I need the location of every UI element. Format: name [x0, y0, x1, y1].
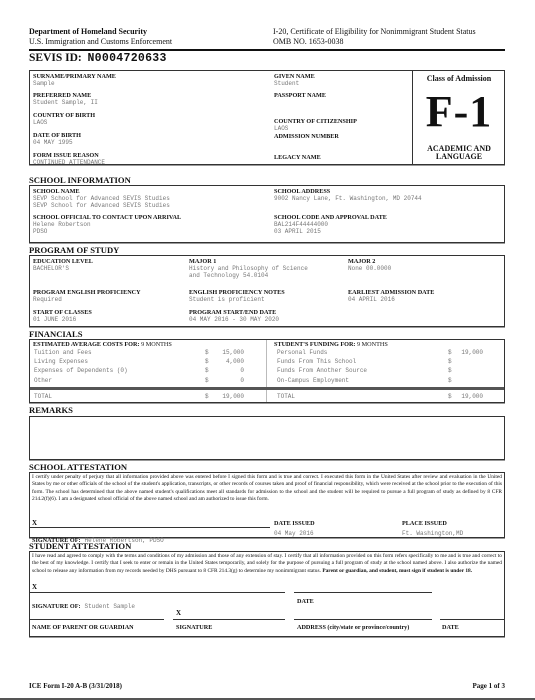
citizenship-value: LAOS — [274, 125, 357, 132]
funding-currency: $ — [448, 377, 458, 384]
legacy-name-label: LEGACY NAME — [274, 154, 321, 161]
student-signature-line — [30, 592, 285, 593]
earliest-admission-value: 04 APRIL 2016 — [348, 296, 434, 303]
student-date-label[interactable]: DATE — [297, 598, 314, 605]
form-id-footer: ICE Form I-20 A-B (3/31/2018) — [29, 682, 122, 690]
parent-date-line — [440, 619, 505, 620]
class-description-line2: LANGUAGE — [413, 153, 505, 161]
student-attestation-box: I have read and agreed to comply with th… — [29, 551, 505, 637]
major1-line1: History and Philosophy of Science — [189, 265, 308, 272]
cost-label: Living Expenses — [34, 358, 88, 365]
parent-signature-line — [173, 619, 285, 620]
costs-total-currency: $ — [205, 393, 215, 400]
parent-date-label[interactable]: DATE — [442, 624, 459, 631]
school-attestation-text: I certify under penalty of perjury that … — [32, 474, 502, 503]
citizenship-label: COUNTRY OF CITIZENSHIP — [274, 118, 357, 125]
earliest-admission-label: EARLIEST ADMISSION DATE — [348, 289, 434, 296]
student-signature-x: X — [32, 584, 37, 591]
school-attestation-heading: SCHOOL ATTESTATION — [29, 462, 127, 472]
english-notes-label: ENGLISH PROFICIENCY NOTES — [189, 289, 285, 296]
given-name-label: GIVEN NAME — [274, 73, 315, 80]
agency-name: Department of Homeland Security — [29, 27, 172, 37]
financials-heading: FINANCIALS — [29, 329, 82, 339]
program-of-study-heading: PROGRAM OF STUDY — [29, 245, 119, 255]
major1-label: MAJOR 1 — [189, 258, 308, 265]
student-attestation-heading: STUDENT ATTESTATION — [29, 541, 131, 551]
sevis-id-label: SEVIS ID: — [29, 52, 82, 64]
english-proficiency-value: Required — [33, 296, 141, 303]
school-official-title: PDSO — [33, 228, 181, 235]
surname-value: Sample — [33, 80, 116, 87]
education-level-value: BACHELOR'S — [33, 265, 93, 272]
student-attestation-bold-note: Parent or guardian, and student, must si… — [322, 568, 472, 574]
school-signature-line — [30, 527, 270, 528]
parent-address-line — [294, 619, 432, 620]
remarks-heading: REMARKS — [29, 405, 73, 415]
cost-currency: $ — [205, 377, 215, 384]
cost-label: Tuition and Fees — [34, 349, 92, 356]
class-of-admission-value: F-1 — [413, 89, 505, 135]
remarks-box — [29, 416, 505, 460]
parent-address-label[interactable]: ADDRESS (city/state or province/country) — [297, 624, 409, 631]
school-code-label: SCHOOL CODE AND APPROVAL DATE — [274, 214, 387, 221]
preferred-name-label: PREFERRED NAME — [33, 92, 98, 99]
cost-amount: 15,000 — [215, 349, 244, 356]
agency-header: Department of Homeland Security U.S. Imm… — [29, 27, 172, 47]
surname-label: SURNAME/PRIMARY NAME — [33, 73, 116, 80]
education-level-label: EDUCATION LEVEL — [33, 258, 93, 265]
birth-country-value: LAOS — [33, 119, 95, 126]
costs-heading: ESTIMATED AVERAGE COSTS FOR: 9 MONTHS — [33, 341, 172, 348]
school-address-value: 9002 Nancy Lane, Ft. Washington, MD 2074… — [274, 195, 422, 202]
program-dates-value: 04 MAY 2016 - 30 MAY 2020 — [189, 316, 279, 323]
student-signature-label: SIGNATURE OF: — [32, 603, 81, 610]
school-approval-date: 03 APRIL 2015 — [274, 228, 387, 235]
student-signature-name: Student Sample — [85, 603, 135, 610]
student-signature-field[interactable]: SIGNATURE OF: Student Sample — [32, 595, 135, 613]
page-number: Page 1 of 3 — [473, 682, 505, 690]
omb-number: OMB NO. 1653-0038 — [273, 37, 476, 47]
issue-reason-label: FORM ISSUE REASON — [33, 152, 105, 159]
i20-form-page: Department of Homeland Security U.S. Imm… — [29, 0, 505, 700]
costs-total-label: TOTAL — [34, 393, 52, 400]
cost-amount: 0 — [215, 377, 244, 384]
class-of-admission-label: Class of Admission — [413, 74, 505, 83]
cost-currency: $ — [205, 367, 215, 374]
school-name-line2: SEVP School for Advanced SEVIS Studies — [33, 202, 170, 209]
major2-label: MAJOR 2 — [348, 258, 391, 265]
form-header: I-20, Certificate of Eligibility for Non… — [273, 27, 476, 47]
parent-name-line — [30, 619, 164, 620]
header-divider — [29, 49, 505, 51]
parent-signature-x: X — [176, 610, 181, 617]
cost-label: Expenses of Dependents (0) — [34, 367, 128, 374]
cost-currency: $ — [205, 358, 215, 365]
school-official-name: Helene Robertson — [33, 221, 181, 228]
funding-label: Personal Funds — [277, 349, 327, 356]
funding-label: Funds From This School — [277, 358, 356, 365]
sevis-id: SEVIS ID: N0004720633 — [29, 52, 167, 65]
form-title: I-20, Certificate of Eligibility for Non… — [273, 27, 476, 37]
cost-currency: $ — [205, 349, 215, 356]
given-name-value: Student — [274, 80, 315, 87]
school-name-line1: SEVP School for Advanced SEVIS Studies — [33, 195, 170, 202]
personal-info-box: SURNAME/PRIMARY NAME Sample PREFERRED NA… — [29, 70, 505, 165]
school-name-label: SCHOOL NAME — [33, 188, 170, 195]
major2-value: None 00.0000 — [348, 265, 391, 272]
financials-box: ESTIMATED AVERAGE COSTS FOR: 9 MONTHS ST… — [29, 339, 505, 403]
parent-signature-label[interactable]: SIGNATURE — [176, 624, 212, 631]
date-issued-value: 04 May 2016 — [274, 530, 314, 537]
dob-value: 04 MAY 1995 — [33, 139, 81, 146]
financials-divider — [266, 340, 267, 402]
school-information-box: SCHOOL NAME SEVP School for Advanced SEV… — [29, 185, 505, 243]
preferred-name-value: Student Sample, II — [33, 99, 98, 106]
start-of-classes-label: START OF CLASSES — [33, 309, 92, 316]
major1-line2: and Technology 54.0104 — [189, 272, 308, 279]
school-signature-x: X — [32, 520, 37, 527]
funding-total-label: TOTAL — [277, 393, 295, 400]
place-issued-value: Ft. Washington,MD — [402, 530, 463, 537]
start-of-classes-value: 01 JUNE 2016 — [33, 316, 92, 323]
funding-total-value: 19,000 — [454, 393, 483, 400]
issue-reason-value: CONTINUED ATTENDANCE — [33, 159, 105, 166]
funding-label: On-Campus Employment — [277, 377, 349, 384]
program-dates-label: PROGRAM START/END DATE — [189, 309, 279, 316]
sevis-id-value: N0004720633 — [87, 52, 166, 65]
student-attestation-text: I have read and agreed to comply with th… — [32, 553, 502, 575]
school-code-value: BAL214F44444000 — [274, 221, 387, 228]
costs-period: 9 MONTHS — [141, 341, 172, 348]
costs-total-value: 19,000 — [215, 393, 244, 400]
funding-amount: 19,000 — [454, 349, 483, 356]
school-attestation-box: I certify under penalty of perjury that … — [29, 472, 505, 538]
cost-label: Other — [34, 377, 52, 384]
place-issued-label: PLACE ISSUED — [402, 520, 447, 527]
program-of-study-box: EDUCATION LEVEL BACHELOR'S PROGRAM ENGLI… — [29, 255, 505, 327]
dob-label: DATE OF BIRTH — [33, 132, 81, 139]
date-issued-label: DATE ISSUED — [274, 520, 315, 527]
parent-name-label[interactable]: NAME OF PARENT OR GUARDIAN — [32, 624, 134, 631]
cost-amount: 4,000 — [215, 358, 244, 365]
admission-number-label: ADMISSION NUMBER — [274, 133, 339, 140]
cost-amount: 0 — [215, 367, 244, 374]
english-proficiency-label: PROGRAM ENGLISH PROFICIENCY — [33, 289, 141, 296]
student-date-line — [294, 592, 432, 593]
funding-period: 9 MONTHS — [357, 341, 388, 348]
school-official-label: SCHOOL OFFICIAL TO CONTACT UPON ARRIVAL — [33, 214, 181, 221]
funding-label: Funds From Another Source — [277, 367, 367, 374]
birth-country-label: COUNTRY OF BIRTH — [33, 112, 95, 119]
total-divider — [30, 387, 504, 390]
school-address-label: SCHOOL ADDRESS — [274, 188, 422, 195]
class-of-admission-box: Class of Admission F-1 ACADEMIC AND LANG… — [412, 71, 505, 164]
english-notes-value: Student is proficient — [189, 296, 285, 303]
sub-agency-name: U.S. Immigration and Customs Enforcement — [29, 37, 172, 47]
funding-currency: $ — [448, 358, 458, 365]
funding-currency: $ — [448, 367, 458, 374]
funding-heading: STUDENT'S FUNDING FOR: 9 MONTHS — [274, 341, 388, 348]
passport-name-label: PASSPORT NAME — [274, 92, 326, 99]
school-information-heading: SCHOOL INFORMATION — [29, 175, 131, 185]
